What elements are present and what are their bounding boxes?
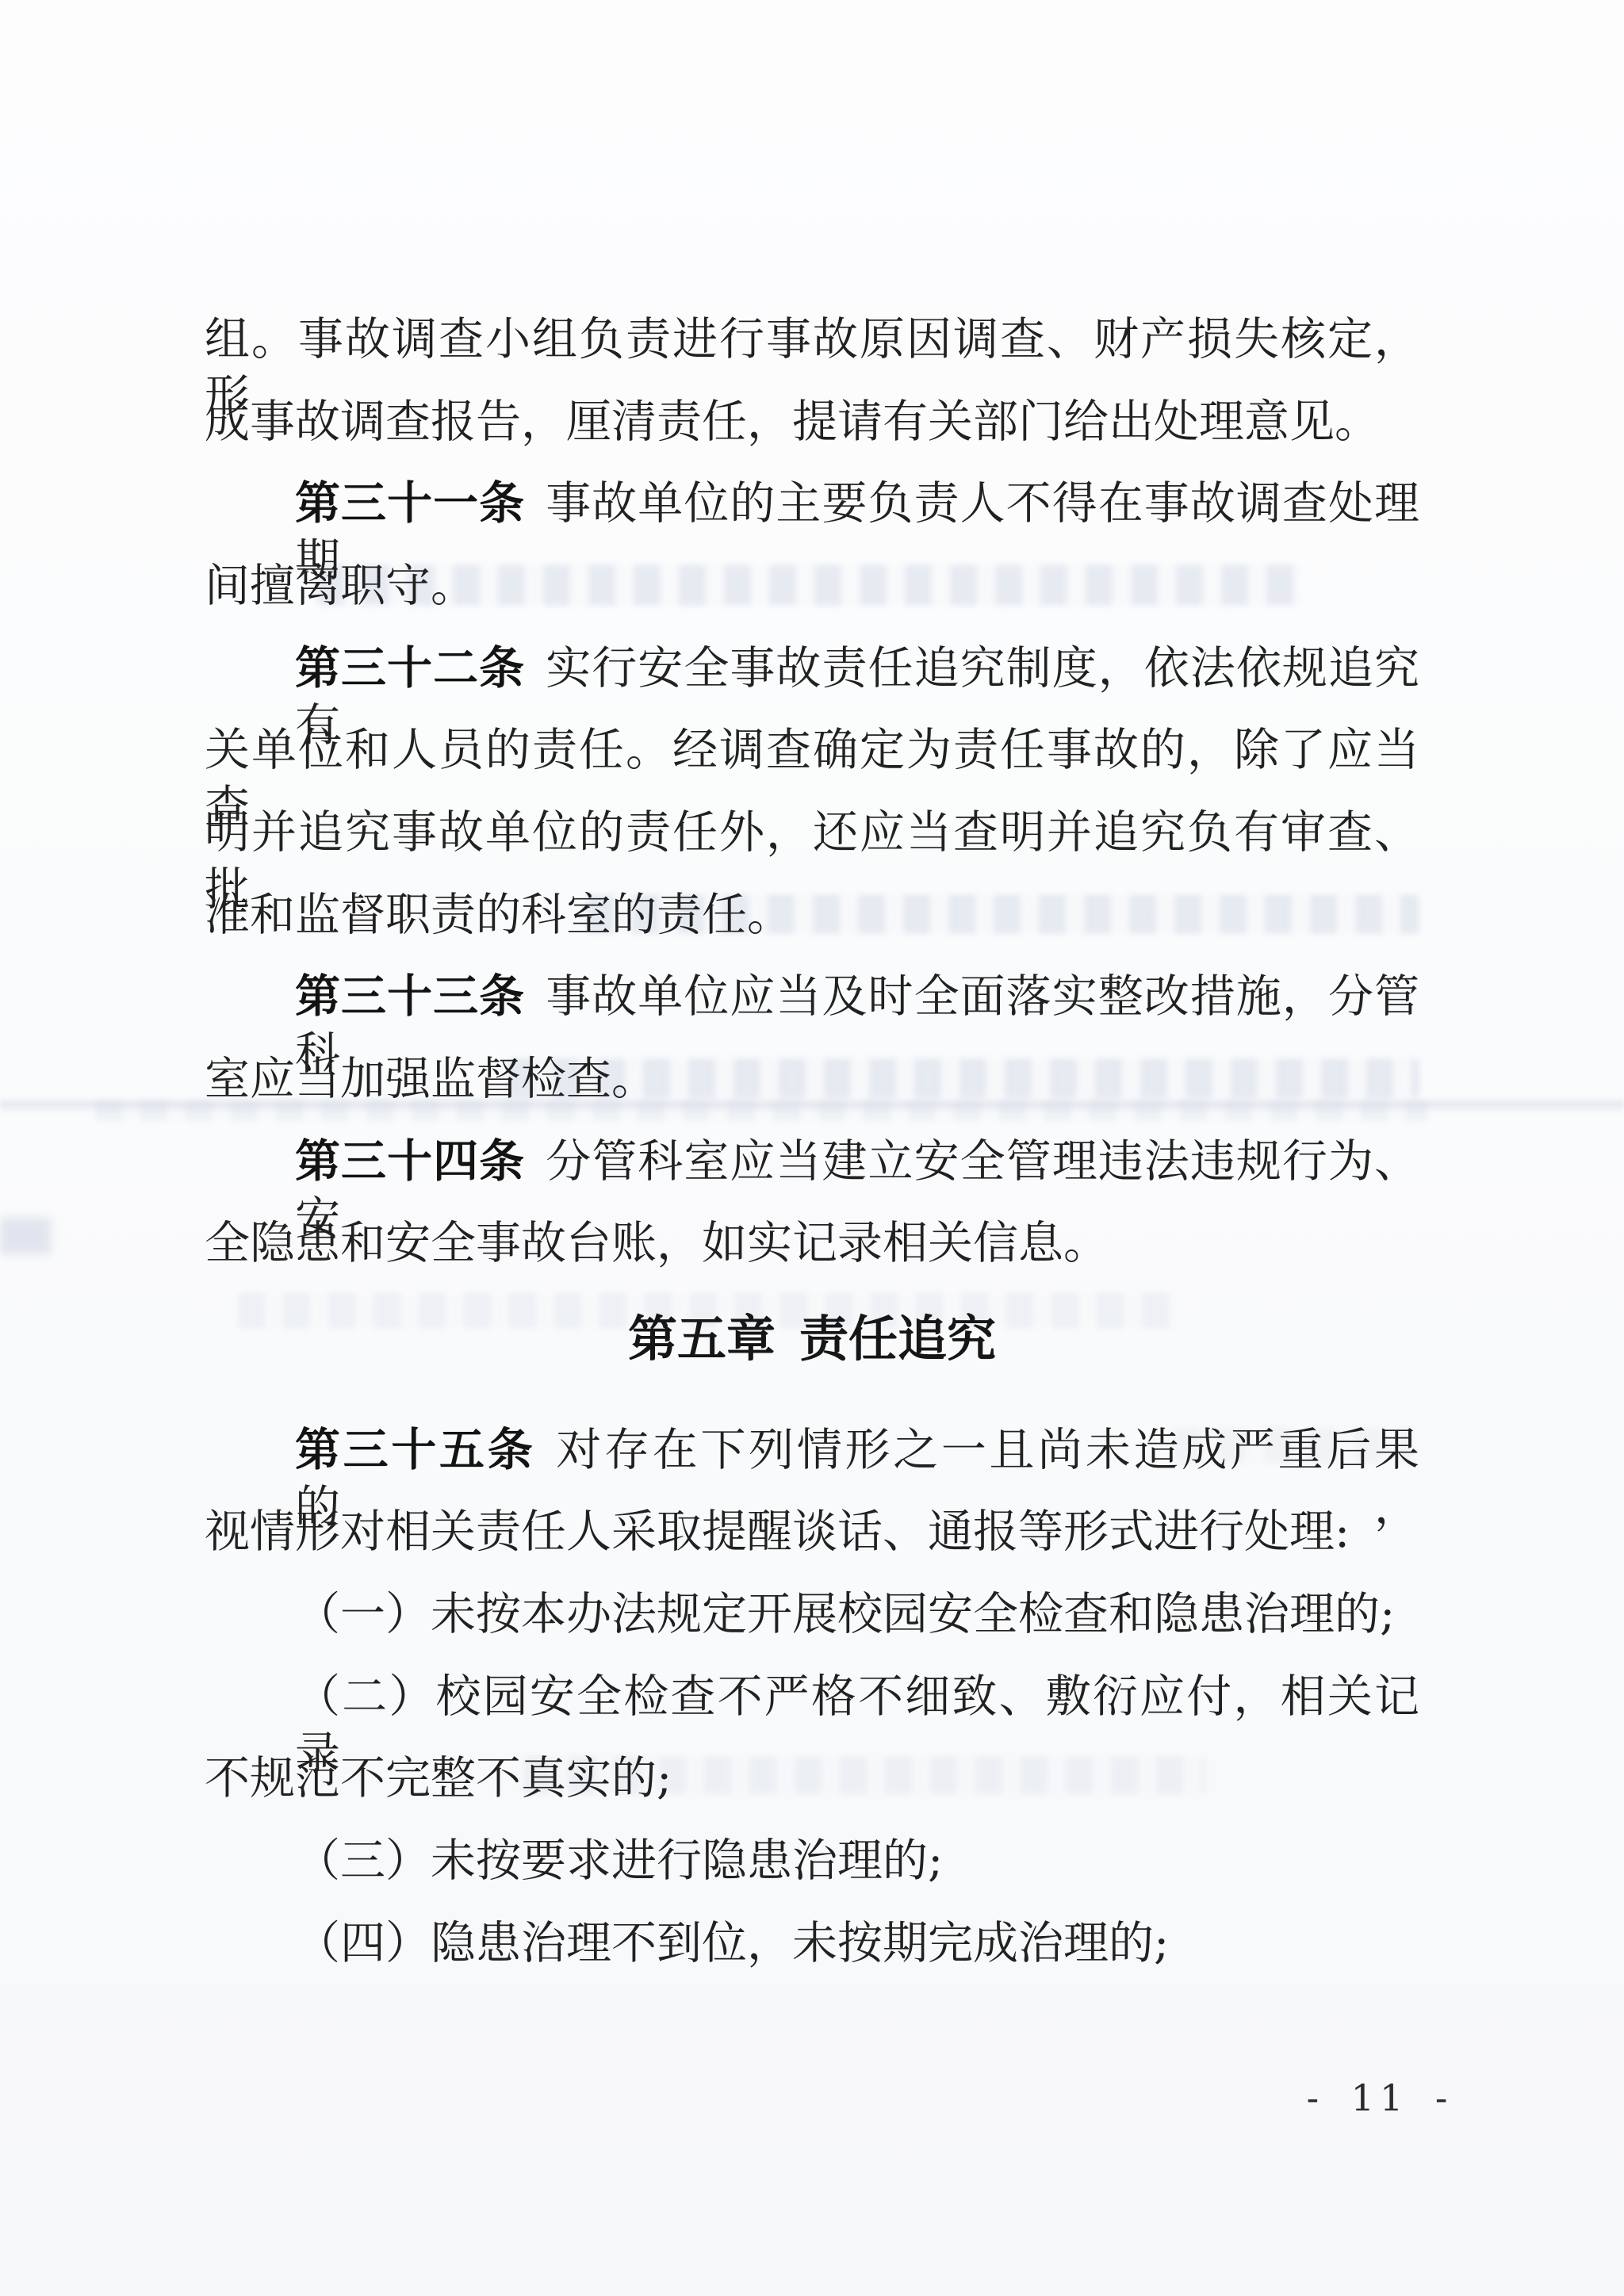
article-32-term: 第三十二条 — [295, 642, 525, 695]
text-line-14: 视情形对相关责任人采取提醒谈话、通报等形式进行处理: — [205, 1503, 1350, 1560]
page-number: - 11 - — [1285, 2074, 1475, 2122]
text-line-10: 室应当加强监督检查。 — [205, 1050, 657, 1108]
text-line-6: 关单位和人员的责任。经调查确定为责任事故的，除了应当查 — [205, 721, 1419, 779]
text-line-8: 准和监督职责的科室的责任。 — [205, 886, 792, 943]
text-line-15: （一）未按本办法规定开展校园安全检查和隐患治理的; — [295, 1586, 1395, 1643]
line-text: 成事故调查报告，厘清责任，提请有关部门给出处理意见。 — [205, 396, 1380, 448]
text-line-7: 明并追究事故单位的责任外，还应当查明并追究负有审查、批 — [205, 804, 1419, 861]
text-line-3: 第三十一条事故单位的主要负责人不得在事故调查处理期 — [295, 475, 1419, 532]
line-text: （一）未按本办法规定开展校园安全检查和隐患治理的; — [295, 1588, 1395, 1640]
line-text: 视情形对相关责任人采取提醒谈话、通报等形式进行处理: — [205, 1506, 1350, 1558]
scanned-document-page: 组。事故调查小组负责进行事故原因调查、财产损失核定，形 成事故调查报告，厘清责任… — [0, 0, 1624, 2296]
chapter-label: 第五章 — [628, 1310, 776, 1368]
text-line-2: 成事故调查报告，厘清责任，提请有关部门给出处理意见。 — [205, 393, 1380, 450]
line-text: 准和监督职责的科室的责任。 — [205, 889, 792, 941]
text-line-1: 组。事故调查小组负责进行事故原因调查、财产损失核定，形 — [205, 311, 1419, 368]
line-text: 间擅离职守。 — [205, 560, 476, 612]
line-text: 不规范不完整不真实的; — [205, 1752, 672, 1804]
line-text: 全隐患和安全事故台账，如实记录相关信息。 — [205, 1217, 1109, 1269]
article-33-term: 第三十三条 — [295, 970, 525, 1023]
line-text: （三）未按要求进行隐患治理的; — [295, 1835, 943, 1887]
line-text: 室应当加强监督检查。 — [205, 1053, 657, 1105]
text-line-12: 全隐患和安全事故台账，如实记录相关信息。 — [205, 1215, 1109, 1272]
scan-edge-smudge — [0, 1218, 51, 1254]
text-line-17: 不规范不完整不真实的; — [205, 1750, 672, 1807]
text-line-4: 间擅离职守。 — [205, 557, 476, 614]
article-34-term: 第三十四条 — [295, 1135, 525, 1188]
text-line-19: （四）隐患治理不到位，未按期完成治理的; — [295, 1915, 1169, 1972]
article-35-term: 第三十五条 — [295, 1424, 535, 1476]
text-line-11: 第三十四条分管科室应当建立安全管理违法违规行为、安 — [295, 1133, 1419, 1190]
text-line-9: 第三十三条事故单位应当及时全面落实整改措施，分管科 — [295, 968, 1419, 1025]
text-line-5: 第三十二条实行安全事故责任追究制度，依法依规追究有 — [295, 640, 1419, 697]
text-line-18: （三）未按要求进行隐患治理的; — [295, 1832, 943, 1889]
chapter-title: 责任追究 — [799, 1310, 996, 1368]
text-line-16: （二）校园安全检查不严格不细致、敷衍应付，相关记录 — [295, 1668, 1419, 1725]
text-line-13: 第三十五条对存在下列情形之一且尚未造成严重后果的， — [295, 1422, 1419, 1479]
chapter-heading: 第五章责任追究 — [205, 1310, 1419, 1368]
line-text: （四）隐患治理不到位，未按期完成治理的; — [295, 1917, 1169, 1969]
article-31-term: 第三十一条 — [295, 477, 525, 530]
